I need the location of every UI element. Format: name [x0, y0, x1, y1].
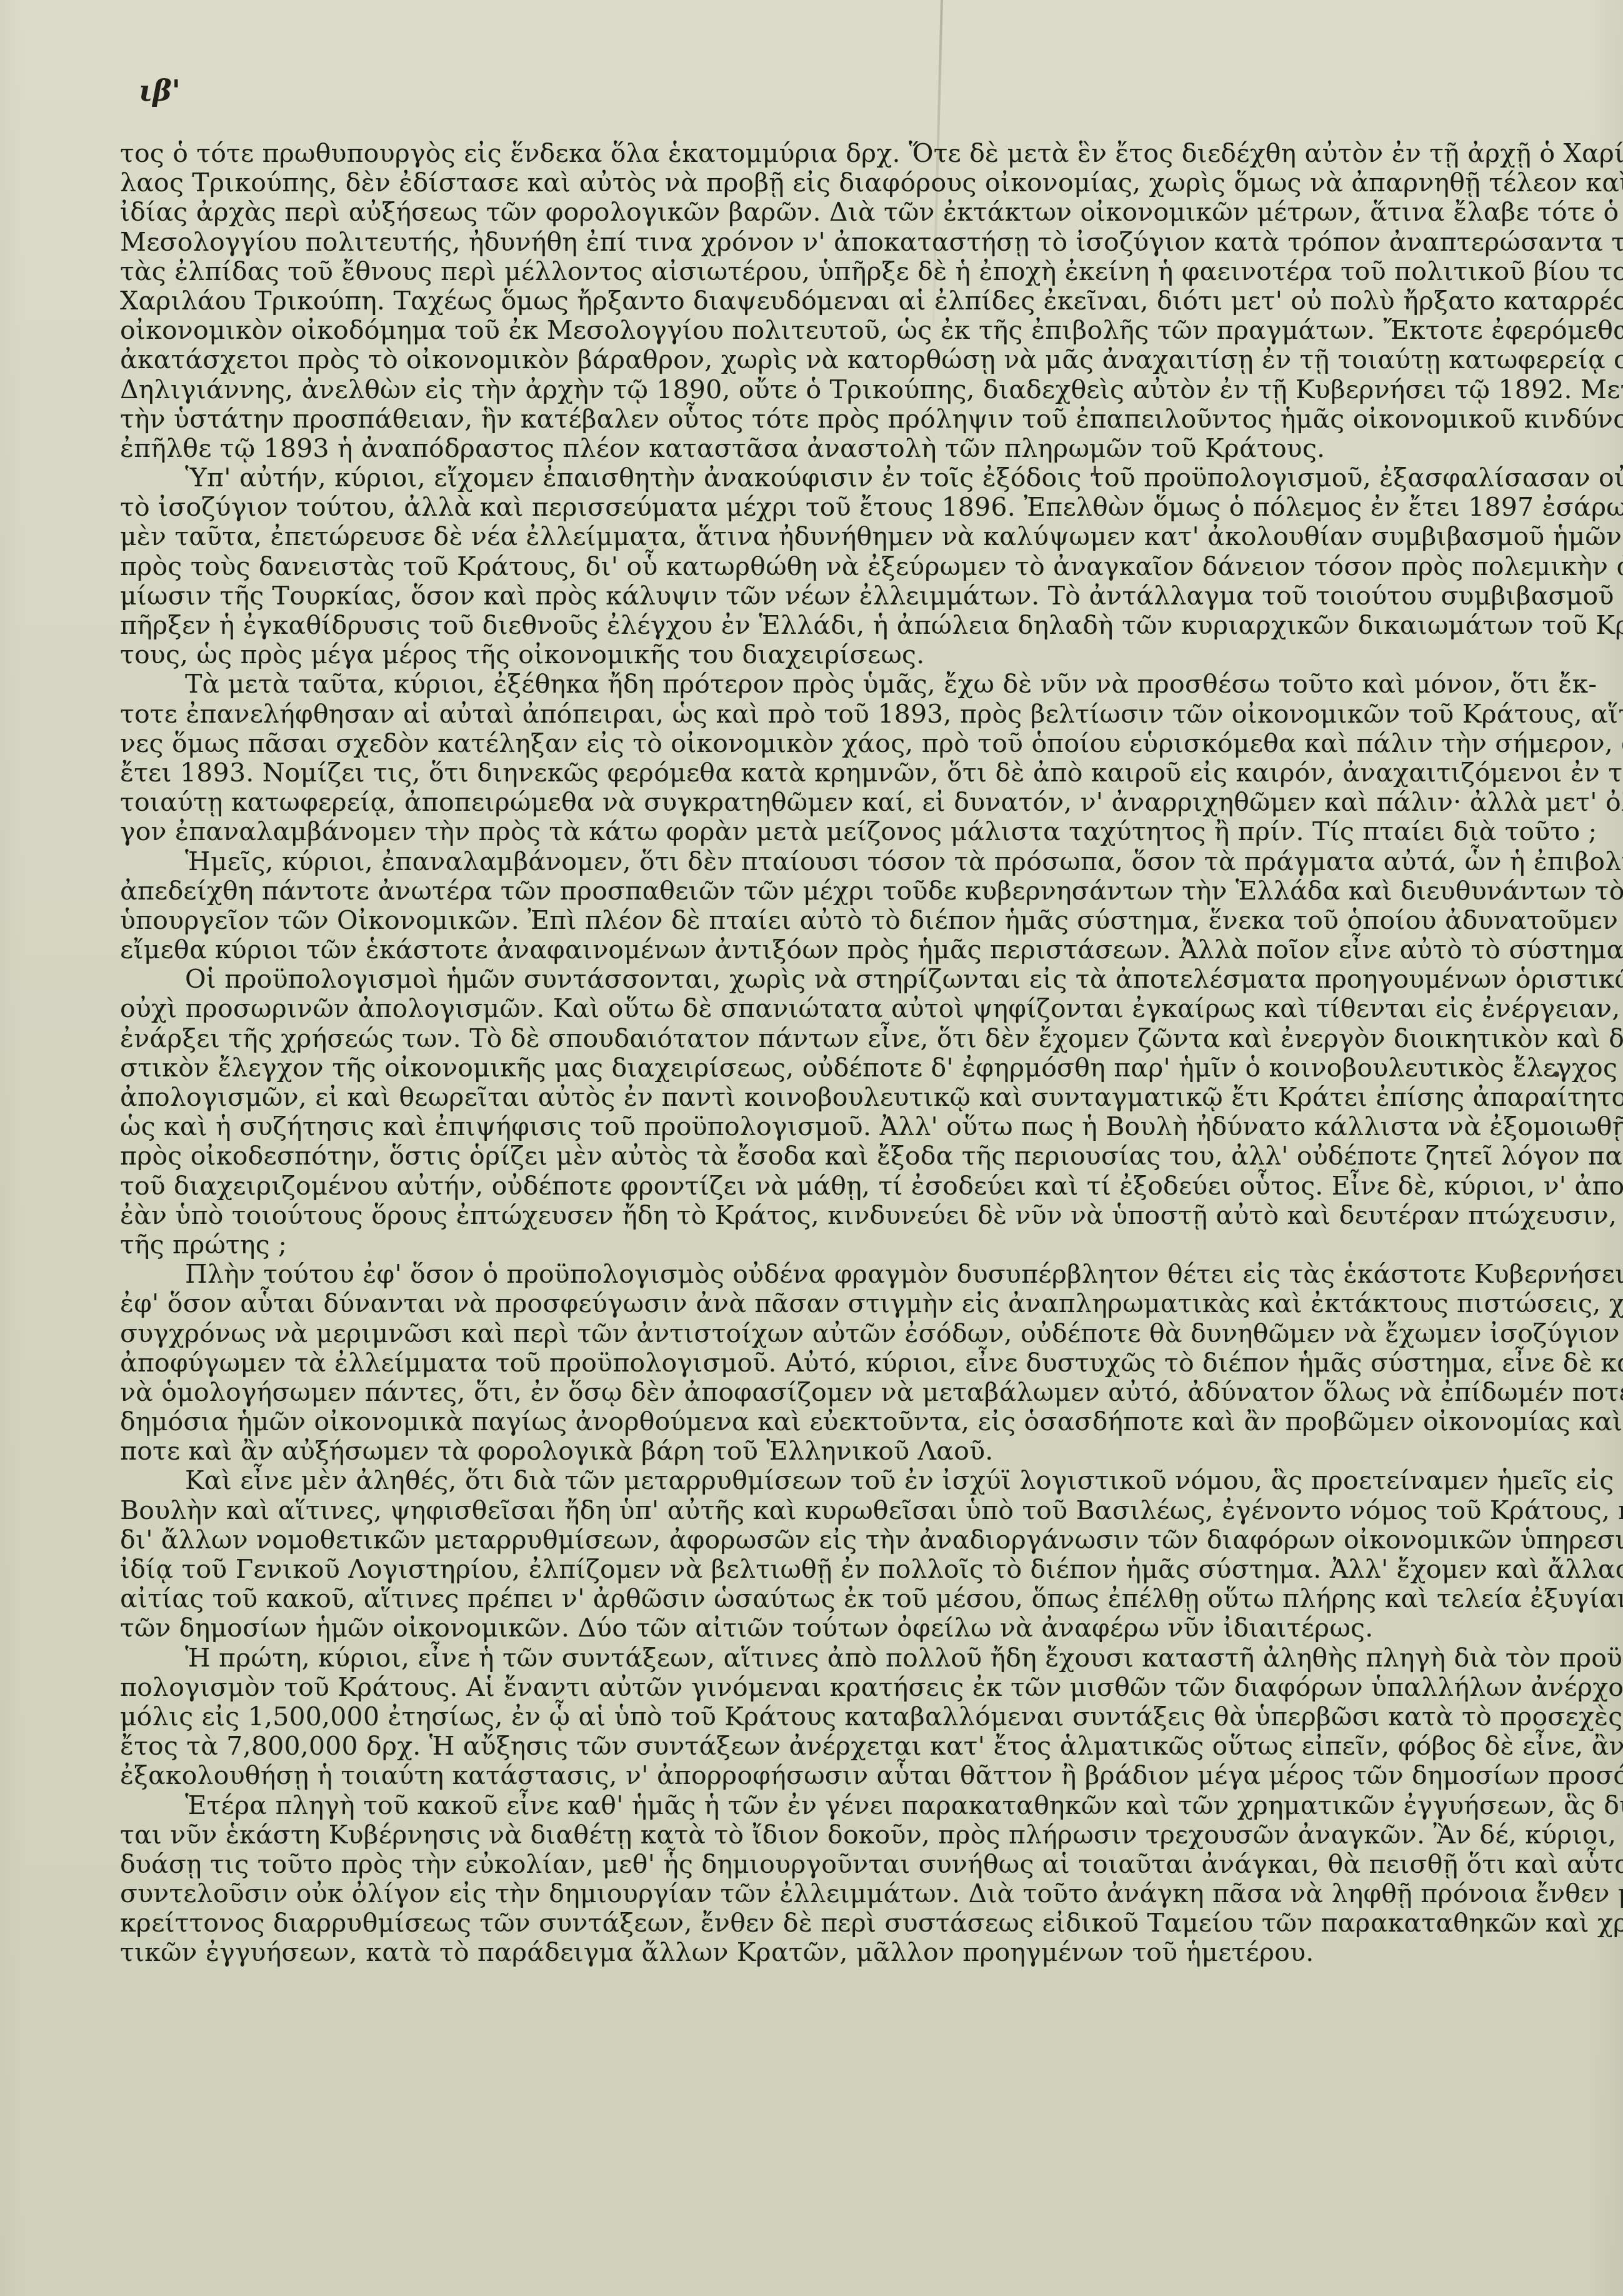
margin-ink-dot — [1554, 1071, 1559, 1077]
text-line: τοιαύτῃ κατωφερείᾳ, ἀποπειρώμεθα νὰ συγκ… — [120, 788, 1464, 817]
paragraph: Καὶ εἶνε μὲν ἀληθές, ὅτι διὰ τῶν μεταρρυ… — [120, 1466, 1464, 1643]
text-line: Ἑτέρα πληγὴ τοῦ κακοῦ εἶνε καθ' ἡμᾶς ἡ τ… — [120, 1791, 1464, 1820]
text-line: Μεσολογγίου πολιτευτής, ἠδυνήθη ἐπί τινα… — [120, 228, 1464, 257]
text-line: δυάσῃ τις τοῦτο πρὸς τὴν εὐκολίαν, μεθ' … — [120, 1850, 1464, 1879]
text-line: κρείττονος διαρρυθμίσεως τῶν συντάξεων, … — [120, 1908, 1464, 1938]
text-line: ἐφ' ὅσον αὗται δύνανται νὰ προσφεύγωσιν … — [120, 1289, 1464, 1318]
text-line: τῆς πρώτης ; — [120, 1230, 1464, 1260]
text-line: ὡς καὶ ἡ συζήτησις καὶ ἐπιψήφισις τοῦ πρ… — [120, 1112, 1464, 1141]
text-line: στικὸν ἔλεγχον τῆς οἰκονομικῆς μας διαχε… — [120, 1053, 1464, 1083]
text-line: μόλις εἰς 1,500,000 ἐτησίως, ἐν ᾧ αἱ ὑπὸ… — [120, 1702, 1464, 1732]
text-line: οἰκονομικὸν οἰκοδόμημα τοῦ ἐκ Μεσολογγίο… — [120, 316, 1464, 345]
text-line: δημόσια ἡμῶν οἰκονομικὰ παγίως ἀνορθούμε… — [120, 1407, 1464, 1436]
text-line: Ἡμεῖς, κύριοι, ἐπαναλαμβάνομεν, ὅτι δὲν … — [120, 847, 1464, 876]
text-line: νες ὅμως πᾶσαι σχεδὸν κατέληξαν εἰς τὸ ο… — [120, 729, 1464, 758]
text-line: Ὑπ' αὐτήν, κύριοι, εἴχομεν ἐπαισθητὴν ἀν… — [120, 463, 1464, 493]
paragraph: Ἡ πρώτη, κύριοι, εἶνε ἡ τῶν συντάξεων, α… — [120, 1643, 1464, 1791]
text-line: πολογισμὸν τοῦ Κράτους. Αἱ ἔναντι αὐτῶν … — [120, 1673, 1464, 1702]
text-line: πῆρξεν ἡ ἐγκαθίδρυσις τοῦ διεθνοῦς ἐλέγχ… — [120, 611, 1464, 640]
text-line: τὸ ἰσοζύγιον τούτου, ἀλλὰ καὶ περισσεύμα… — [120, 493, 1464, 522]
text-line: συγχρόνως νὰ μεριμνῶσι καὶ περὶ τῶν ἀντι… — [120, 1319, 1464, 1348]
page-number: ιβ' — [139, 74, 181, 108]
text-line: ἔτος τὰ 7,800,000 δρχ. Ἡ αὔξησις τῶν συν… — [120, 1732, 1464, 1761]
text-line: τους, ὡς πρὸς μέγα μέρος τῆς οἰκονομικῆς… — [120, 640, 1464, 669]
text-line: Δηλιγιάννης, ἀνελθὼν εἰς τὴν ἀρχὴν τῷ 18… — [120, 375, 1464, 404]
text-line: λαος Τρικούπης, δὲν ἐδίστασε καὶ αὐτὸς ν… — [120, 168, 1464, 198]
text-line: Χαριλάου Τρικούπη. Ταχέως ὅμως ἤρξαντο δ… — [120, 286, 1464, 316]
text-line: ὑπουργεῖον τῶν Οἰκονομικῶν. Ἐπὶ πλέον δὲ… — [120, 906, 1464, 935]
text-line: πρὸς τοὺς δανειστὰς τοῦ Κράτους, δι' οὗ … — [120, 552, 1464, 581]
text-line: νὰ ὁμολογήσωμεν πάντες, ὅτι, ἐν ὅσῳ δὲν … — [120, 1378, 1464, 1407]
text-line: ἀπολογισμῶν, εἰ καὶ θεωρεῖται αὐτὸς ἐν π… — [120, 1083, 1464, 1112]
text-line: τῶν δημοσίων ἡμῶν οἰκονομικῶν. Δύο τῶν α… — [120, 1613, 1464, 1643]
paragraph: Ὑπ' αὐτήν, κύριοι, εἴχομεν ἐπαισθητὴν ἀν… — [120, 463, 1464, 669]
paragraph: Ἡμεῖς, κύριοι, ἐπαναλαμβάνομεν, ὅτι δὲν … — [120, 847, 1464, 965]
text-line: ἀπεδείχθη πάντοτε ἀνωτέρα τῶν προσπαθειῶ… — [120, 876, 1464, 906]
text-line: Ἡ πρώτη, κύριοι, εἶνε ἡ τῶν συντάξεων, α… — [120, 1643, 1464, 1673]
text-line: ἐπῆλθε τῷ 1893 ἡ ἀναπόδραστος πλέον κατα… — [120, 434, 1464, 463]
text-line: τὰς ἐλπίδας τοῦ ἔθνους περὶ μέλλοντος αἰ… — [120, 257, 1464, 286]
text-line: αἰτίας τοῦ κακοῦ, αἵτινες πρέπει ν' ἀρθῶ… — [120, 1584, 1464, 1613]
text-line: πρὸς οἰκοδεσπότην, ὅστις ὁρίζει μὲν αὐτὸ… — [120, 1141, 1464, 1171]
paragraph: Οἱ προϋπολογισμοὶ ἡμῶν συντάσσονται, χωρ… — [120, 965, 1464, 1260]
text-line: τος ὁ τότε πρωθυπουργὸς εἰς ἕνδεκα ὅλα ἑ… — [120, 139, 1464, 168]
text-line: συντελοῦσιν οὐκ ὀλίγον εἰς τὴν δημιουργί… — [120, 1879, 1464, 1908]
text-line: Καὶ εἶνε μὲν ἀληθές, ὅτι διὰ τῶν μεταρρυ… — [120, 1466, 1464, 1495]
text-line: τικῶν ἐγγυήσεων, κατὰ τὸ παράδειγμα ἄλλω… — [120, 1938, 1464, 1967]
text-line: ἰδίας ἀρχὰς περὶ αὐξήσεως τῶν φορολογικῶ… — [120, 198, 1464, 227]
text-line: ἐνάρξει τῆς χρήσεώς των. Τὸ δὲ σπουδαιότ… — [120, 1024, 1464, 1053]
paragraph: τος ὁ τότε πρωθυπουργὸς εἰς ἕνδεκα ὅλα ἑ… — [120, 139, 1464, 463]
paragraph: Ἑτέρα πληγὴ τοῦ κακοῦ εἶνε καθ' ἡμᾶς ἡ τ… — [120, 1791, 1464, 1968]
text-line: Τὰ μετὰ ταῦτα, κύριοι, ἐξέθηκα ἤδη πρότε… — [120, 669, 1464, 699]
text-line: τοτε ἐπανελήφθησαν αἱ αὐταὶ ἀπόπειραι, ὡ… — [120, 699, 1464, 729]
text-line: ἀκατάσχετοι πρὸς τὸ οἰκονομικὸν βάραθρον… — [120, 345, 1464, 374]
text-line: τὴν ὑστάτην προσπάθειαν, ἣν κατέβαλεν οὗ… — [120, 404, 1464, 434]
text-line: ἐξακολουθήσῃ ἡ τοιαύτη κατάστασις, ν' ἀπ… — [120, 1761, 1464, 1790]
text-line: μίωσιν τῆς Τουρκίας, ὅσον καὶ πρὸς κάλυψ… — [120, 581, 1464, 611]
text-line: τοῦ διαχειριζομένου αὐτήν, οὐδέποτε φρον… — [120, 1171, 1464, 1201]
text-line: ἔτει 1893. Νομίζει τις, ὅτι διηνεκῶς φερ… — [120, 758, 1464, 788]
paragraph: Πλὴν τούτου ἐφ' ὅσον ὁ προϋπολογισμὸς οὐ… — [120, 1260, 1464, 1466]
text-line: μὲν ταῦτα, ἐπετώρευσε δὲ νέα ἐλλείμματα,… — [120, 522, 1464, 551]
text-line: ποτε καὶ ἂν αὐξήσωμεν τὰ φορολογικὰ βάρη… — [120, 1436, 1464, 1466]
document-body: τος ὁ τότε πρωθυπουργὸς εἰς ἕνδεκα ὅλα ἑ… — [120, 139, 1464, 1968]
ink-smudge — [1094, 466, 1096, 476]
text-line: Οἱ προϋπολογισμοὶ ἡμῶν συντάσσονται, χωρ… — [120, 965, 1464, 994]
text-line: Βουλὴν καὶ αἵτινες, ψηφισθεῖσαι ἤδη ὑπ' … — [120, 1496, 1464, 1525]
text-line: δι' ἄλλων νομοθετικῶν μεταρρυθμίσεων, ἀφ… — [120, 1525, 1464, 1555]
text-line: ἀποφύγωμεν τὰ ἐλλείμματα τοῦ προϋπολογισ… — [120, 1348, 1464, 1378]
text-line: γον ἐπαναλαμβάνομεν τὴν πρὸς τὰ κάτω φορ… — [120, 817, 1464, 846]
text-line: εἴμεθα κύριοι τῶν ἑκάστοτε ἀναφαινομένων… — [120, 935, 1464, 965]
text-line: ἐὰν ὑπὸ τοιούτους ὅρους ἐπτώχευσεν ἤδη τ… — [120, 1201, 1464, 1230]
text-line: Πλὴν τούτου ἐφ' ὅσον ὁ προϋπολογισμὸς οὐ… — [120, 1260, 1464, 1289]
paragraph: Τὰ μετὰ ταῦτα, κύριοι, ἐξέθηκα ἤδη πρότε… — [120, 669, 1464, 846]
text-line: οὐχὶ προσωρινῶν ἀπολογισμῶν. Καὶ οὕτω δὲ… — [120, 994, 1464, 1023]
text-line: ἰδίᾳ τοῦ Γενικοῦ Λογιστηρίου, ἐλπίζομεν … — [120, 1555, 1464, 1584]
text-line: ται νῦν ἑκάστη Κυβέρνησις νὰ διαθέτῃ κατ… — [120, 1820, 1464, 1850]
